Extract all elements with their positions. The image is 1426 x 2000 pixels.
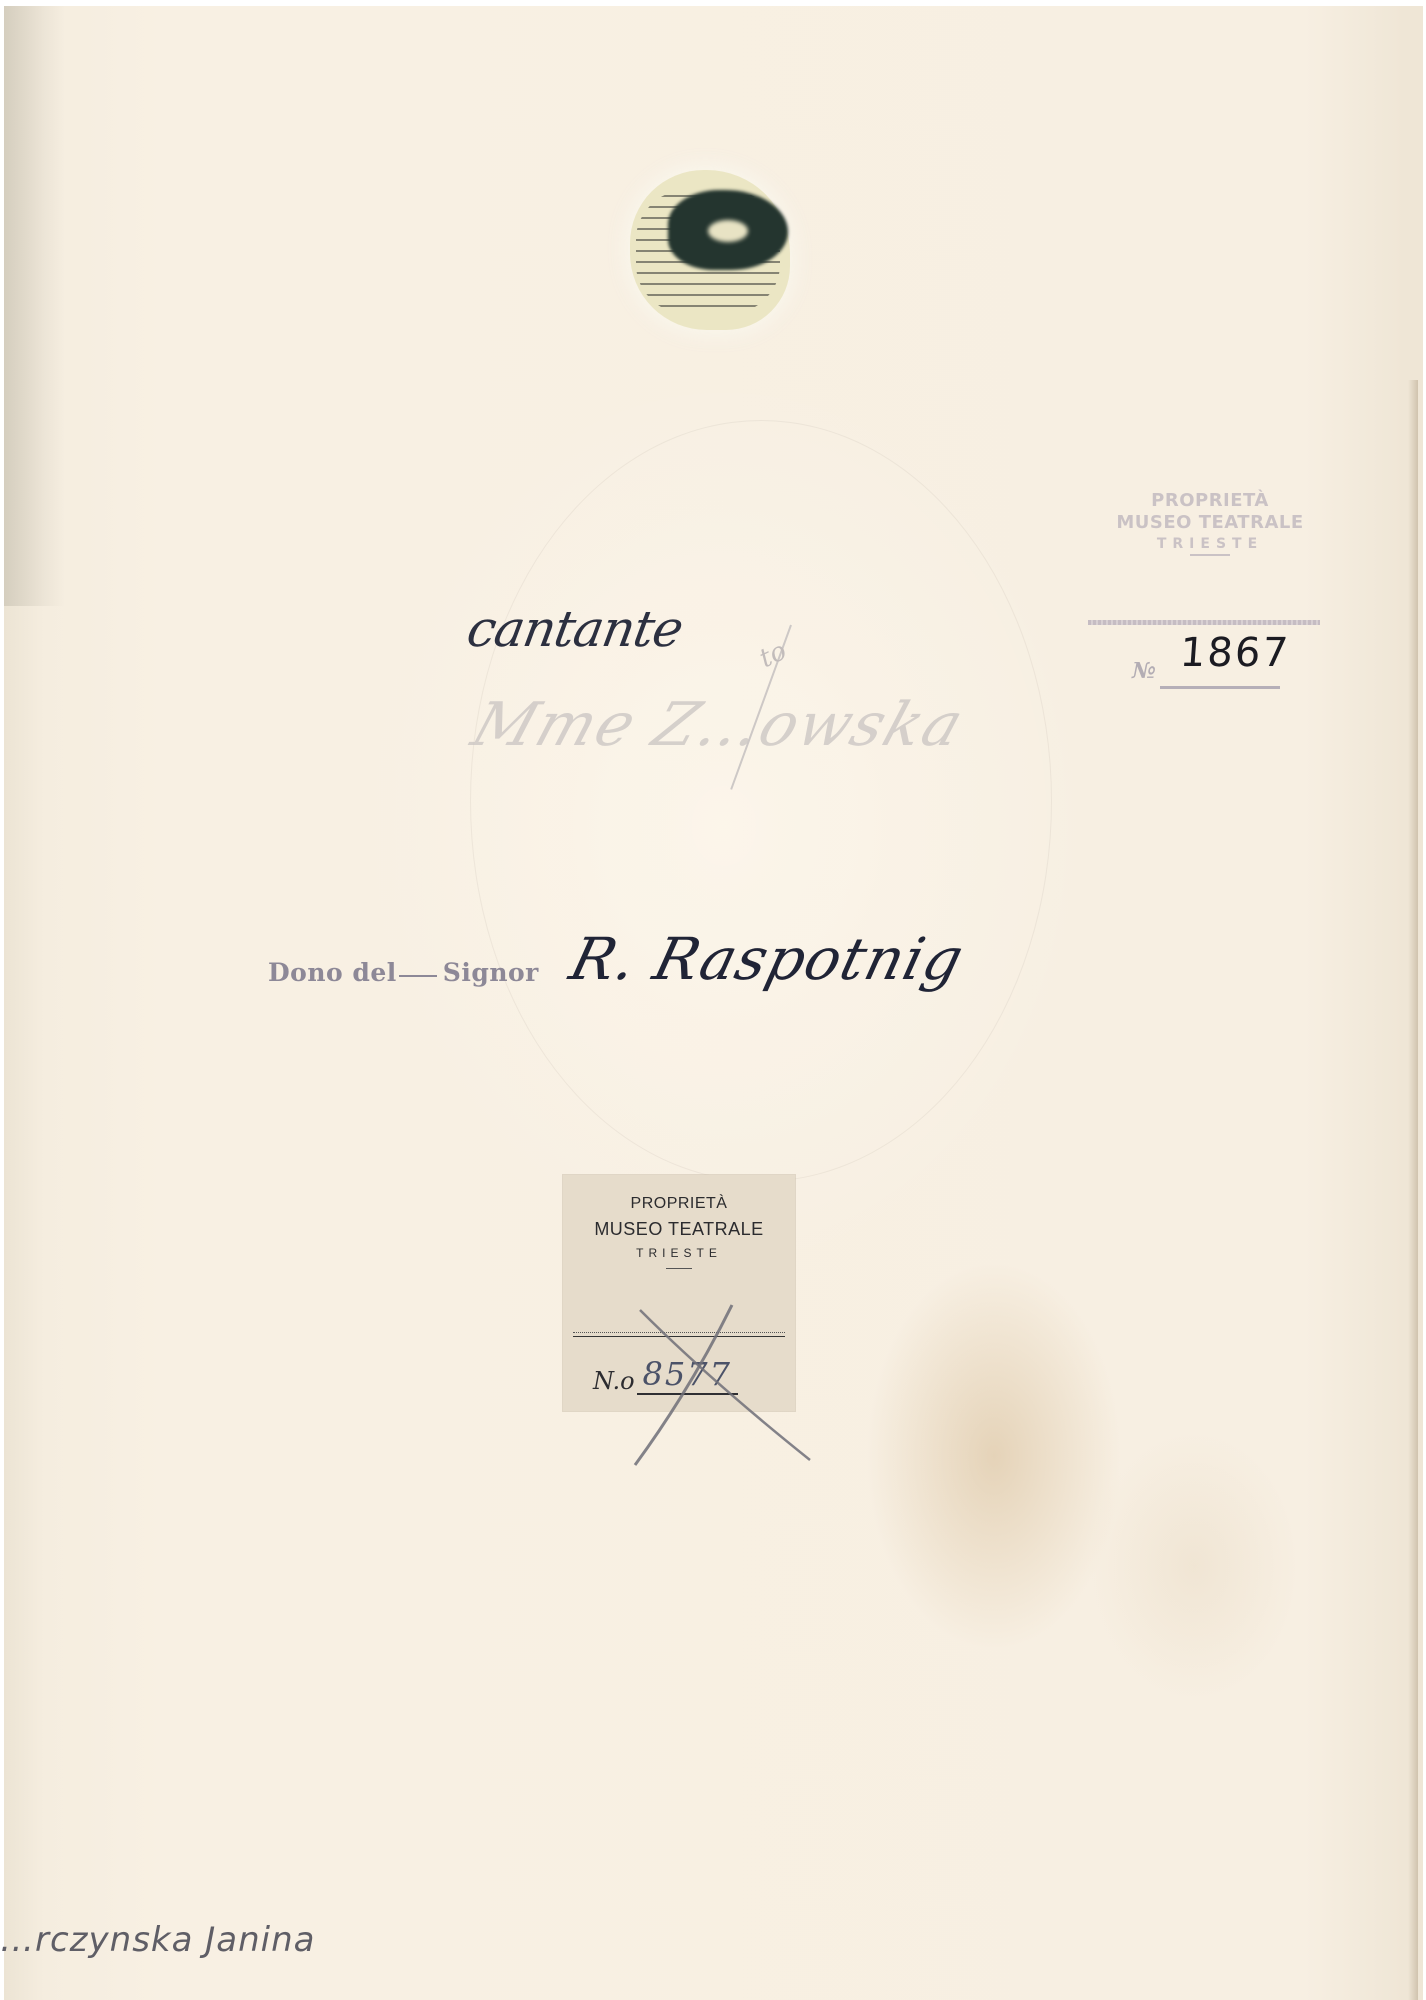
inventory-rule-bottom (1160, 686, 1280, 689)
inventory-number-label: № (1132, 658, 1156, 684)
sticker-line-1: PROPRIETÀ (563, 1195, 795, 1213)
sticker-line-3: TRIESTE (563, 1246, 795, 1260)
donation-title: Signor (443, 958, 539, 987)
museum-property-sticker: PROPRIETÀ MUSEO TEATRALE TRIESTE N.o 857… (563, 1175, 795, 1411)
sticker-number-label: N.o (593, 1367, 635, 1395)
sticker-line-2: MUSEO TEATRALE (563, 1219, 795, 1240)
category-handwritten: cantante (463, 600, 687, 658)
stamp-rule (1190, 554, 1230, 556)
sticker-number: 8577 (637, 1355, 738, 1395)
seal-ink-gap (708, 220, 748, 242)
scan-shadow (4, 6, 64, 606)
stamp-line-2: MUSEO TEATRALE (1095, 512, 1325, 534)
donation-blank (399, 975, 437, 977)
adhesive-residue-seal-icon (630, 170, 790, 330)
sticker-dotted-line (573, 1332, 785, 1337)
footer-pencil-name: …rczynska Janina (0, 1920, 315, 1960)
stamp-line-3: TRIESTE (1095, 534, 1325, 554)
donation-label: Dono delSignor (268, 958, 539, 987)
donation-prefix: Dono del (268, 958, 397, 987)
faint-ownership-stamp: PROPRIETÀ MUSEO TEATRALE TRIESTE (1095, 490, 1325, 556)
sticker-number-row: N.o 8577 (593, 1355, 738, 1395)
embossed-oval (470, 420, 1052, 1182)
inventory-number: 1867 (1178, 630, 1291, 676)
donor-name-handwritten: R. Raspotnig (564, 925, 971, 993)
pencil-name-note: Mme Z…owska (464, 690, 974, 760)
sticker-rule (666, 1268, 692, 1269)
inventory-rule-top (1088, 620, 1320, 625)
stamp-line-1: PROPRIETÀ (1095, 490, 1325, 512)
sheet-edge (1408, 380, 1418, 2000)
